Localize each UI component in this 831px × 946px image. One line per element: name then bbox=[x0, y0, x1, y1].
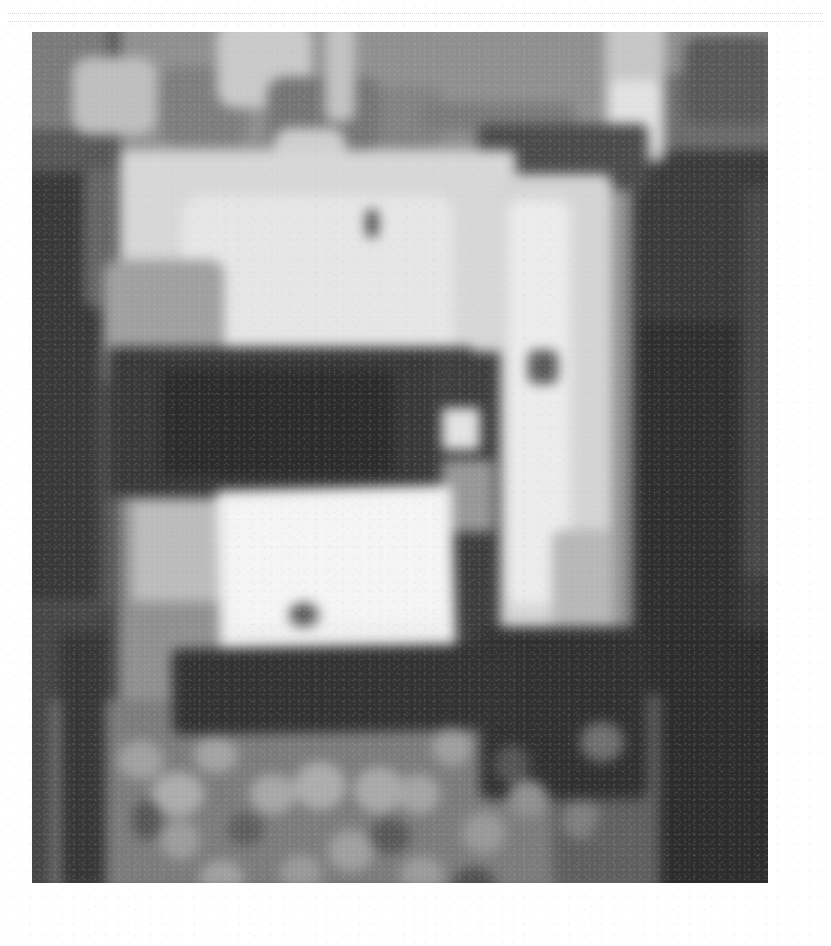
photo-region-box-bright bbox=[226, 495, 445, 627]
photo-region-bracket-speck bbox=[528, 350, 558, 384]
photo-region-gravel-blob-6 bbox=[250, 774, 296, 814]
micrograph-photo bbox=[32, 32, 768, 883]
photo-region-gravel-dark-3 bbox=[370, 818, 410, 854]
photo-region-gravel-blob-4 bbox=[160, 820, 200, 860]
dither-artifact-row-1 bbox=[8, 13, 823, 14]
photo-paint bbox=[32, 32, 768, 883]
photo-region-gravel-blob-3 bbox=[194, 737, 238, 773]
photo-region-left-substripe bbox=[60, 632, 106, 883]
photo-region-gravel-blob-10 bbox=[432, 728, 472, 766]
photo-region-box-speck-core bbox=[294, 606, 312, 621]
photo-region-gravel-blob-9 bbox=[398, 774, 440, 814]
photo-region-gravel-dark-1 bbox=[132, 800, 162, 840]
photo-region-gravel-blob-15 bbox=[508, 780, 548, 818]
photo-region-gravel-blob-17 bbox=[580, 722, 624, 762]
photo-region-gravel-dark-5 bbox=[494, 744, 530, 784]
photo-region-gravel-blob-8 bbox=[354, 767, 404, 813]
photo-region-notch-bright bbox=[442, 408, 480, 450]
photo-region-gravel-blob-1 bbox=[118, 740, 164, 780]
photo-region-box-shadow-band bbox=[171, 643, 520, 735]
photo-region-gravel-blob-11 bbox=[328, 830, 374, 872]
photo-region-gravel-blob-18 bbox=[592, 812, 638, 856]
photo-region-recess-core bbox=[162, 370, 394, 476]
dither-artifact-row-2 bbox=[8, 21, 823, 22]
photo-region-right-corner-dark bbox=[684, 36, 768, 124]
page-background bbox=[0, 0, 831, 946]
photo-region-top-light-vertical bbox=[325, 32, 355, 122]
photo-region-right-col-edge-light bbox=[744, 187, 768, 577]
photo-region-gravel-dark-2 bbox=[228, 812, 264, 846]
photo-region-top-mottle-light-1 bbox=[72, 57, 157, 135]
photo-region-box-left-wing bbox=[132, 500, 230, 602]
photo-region-right-col-bottom bbox=[660, 630, 768, 883]
photo-region-gravel-blob-7 bbox=[294, 762, 346, 810]
photo-region-gravel-blob-14 bbox=[462, 812, 506, 854]
photo-region-panel-speck bbox=[366, 210, 378, 237]
